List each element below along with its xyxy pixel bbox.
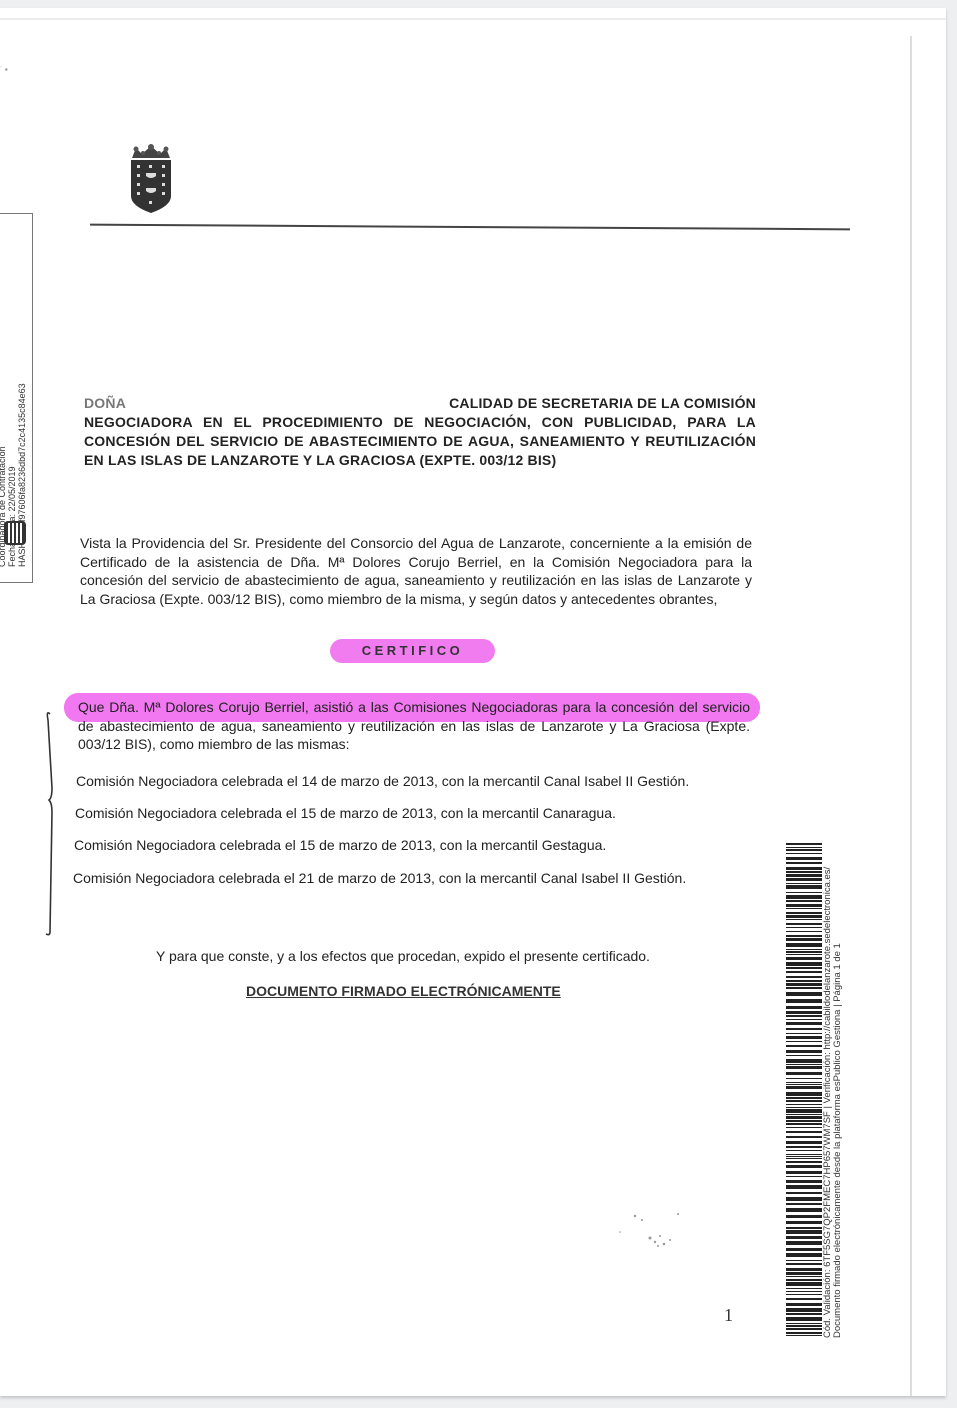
document-page: ˙ ▪ Coordinadora de Contratación Fecha F…: [0, 8, 946, 1396]
statement-line: 003/12 BIS), como miembro de las mismas:: [78, 735, 750, 754]
intro-line: Certificado de la asistencia de Dña. Mª …: [80, 553, 752, 572]
handwritten-brace: [40, 708, 60, 938]
scan-artifact: [590, 1208, 680, 1258]
intro-paragraph: Vista la Providencia del Sr. Presidente …: [80, 534, 752, 608]
coat-of-arms-icon: [126, 144, 176, 214]
heading-line-3: CONCESIÓN DEL SERVICIO DE ABASTECIMIENTO…: [84, 432, 756, 451]
commission-item: Comisión Negociadora celebrada el 15 de …: [74, 837, 606, 853]
page-right-edge: [910, 36, 912, 1396]
signature-stamp-text: Coordinadora de Contratación Fecha Firma…: [0, 247, 27, 567]
certification-statement: Que Dña. Mª Dolores Corujo Berriel, asis…: [78, 698, 750, 754]
commission-item: Comisión Negociadora celebrada el 15 de …: [75, 805, 616, 821]
header-rule: [90, 224, 850, 231]
document-heading: DOÑA CALIDAD DE SECRETARIA DE LA COMISIÓ…: [84, 394, 756, 470]
validation-line-2: Documento firmado electrónicamente desde…: [833, 838, 843, 1338]
validation-barcode: [786, 843, 822, 1338]
stamp-logo-icon: [4, 521, 26, 545]
heading-line-2: NEGOCIADORA EN EL PROCEDIMIENTO DE NEGOC…: [84, 413, 756, 432]
page-top-edge: [0, 18, 946, 20]
intro-line: concesión del servicio de abastecimiento…: [80, 571, 752, 590]
stamp-line-1: Coordinadora de Contratación: [0, 247, 7, 567]
page-number: 1: [724, 1305, 733, 1326]
heading-line-1: CALIDAD DE SECRETARIA DE LA COMISIÓN: [449, 394, 756, 413]
signed-electronically-label: DOCUMENTO FIRMADO ELECTRÓNICAMENTE: [246, 983, 561, 999]
heading-name-prefix: DOÑA: [84, 395, 126, 411]
statement-line: de abastecimiento de agua, saneamiento y…: [78, 717, 750, 736]
certifico-label: CERTIFICO: [330, 639, 495, 663]
heading-line-4: EN LAS ISLAS DE LANZAROTE Y LA GRACIOSA …: [84, 451, 756, 470]
closing-sentence: Y para que conste, y a los efectos que p…: [156, 948, 650, 964]
scan-marks: ˙ ▪: [0, 65, 8, 74]
statement-line: Que Dña. Mª Dolores Corujo Berriel, asis…: [78, 698, 750, 717]
commission-item: Comisión Negociadora celebrada el 21 de …: [73, 870, 686, 886]
intro-line: La Graciosa (Expte. 003/12 BIS), como mi…: [80, 590, 752, 609]
intro-line: Vista la Providencia del Sr. Presidente …: [80, 534, 752, 553]
stamp-line-2: Fecha Firma: 22/05/2019: [7, 247, 17, 567]
validation-text: Cód. Validación: 6TF5SG7QP2FMEC7HP657WM7…: [823, 838, 843, 1338]
commission-item: Comisión Negociadora celebrada el 14 de …: [76, 773, 689, 789]
stamp-line-3: HASH: 46df97606fa8236dbd7c2c4135c84e63: [17, 247, 27, 567]
